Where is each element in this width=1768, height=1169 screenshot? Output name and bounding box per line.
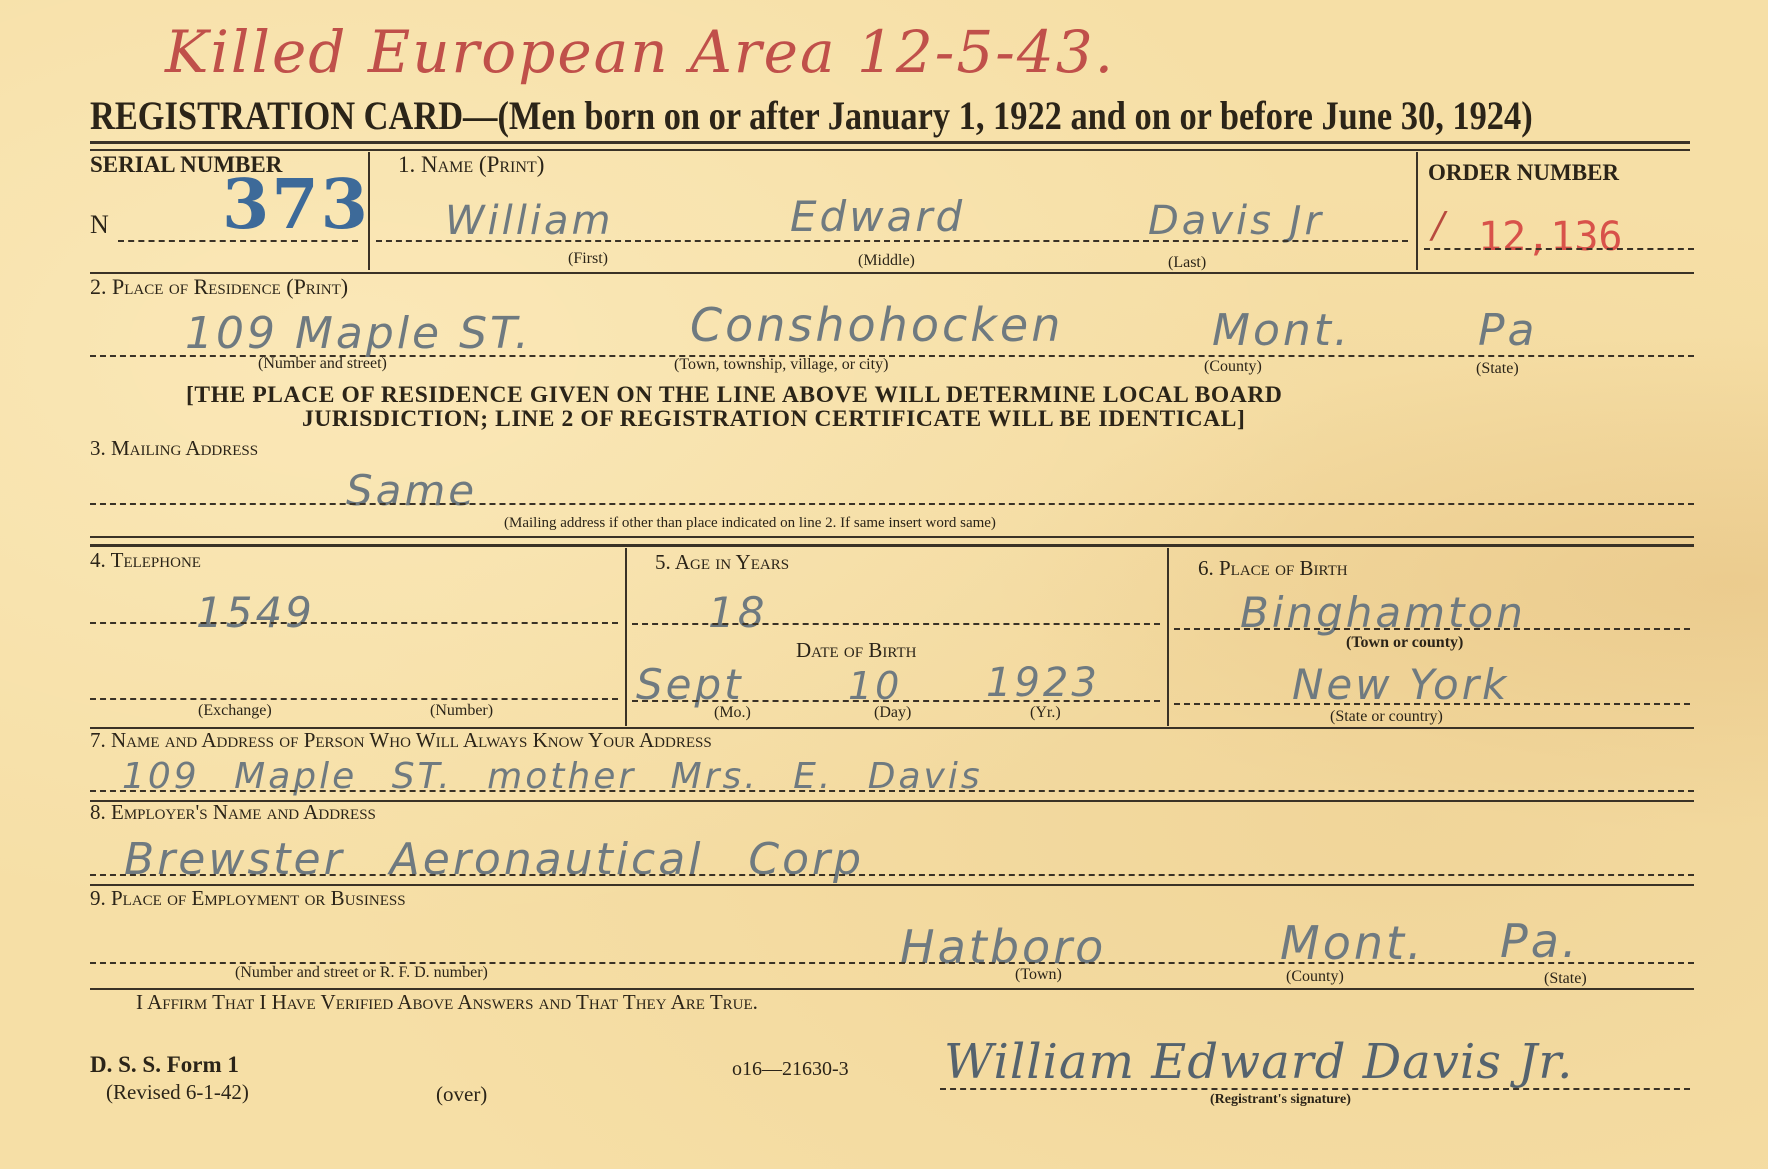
killed-annotation: Killed European Area 12-5-43. bbox=[165, 18, 1115, 86]
order-check-mark: / bbox=[1432, 200, 1444, 251]
name-label: 1. Name (Print) bbox=[398, 152, 544, 178]
telephone-exchange-caption: (Exchange) bbox=[198, 702, 272, 720]
card-header: REGISTRATION CARD—(Men born on or after … bbox=[90, 92, 1533, 139]
header-rule-1 bbox=[90, 141, 1690, 144]
employment-town-caption: (Town) bbox=[1015, 966, 1062, 984]
birthplace-state-line bbox=[1174, 703, 1690, 705]
residence-county-caption: (County) bbox=[1204, 358, 1262, 376]
dob-line bbox=[632, 700, 1160, 702]
name-last-value[interactable]: Davis Jr bbox=[1148, 198, 1324, 244]
mailing-caption: (Mailing address if other than place ind… bbox=[504, 515, 996, 532]
serial-prefix: N bbox=[90, 210, 109, 240]
employment-town-value[interactable]: Hatboro bbox=[900, 920, 1106, 974]
age-value[interactable]: 18 bbox=[708, 588, 767, 637]
dob-label-text: Date of Birth bbox=[796, 638, 916, 662]
residence-street-caption: (Number and street) bbox=[258, 355, 387, 373]
residence-county-value[interactable]: Mont. bbox=[1212, 305, 1351, 356]
mailing-line bbox=[90, 503, 1694, 505]
birthplace-state-value[interactable]: New York bbox=[1292, 660, 1509, 709]
affirm-text: I Affirm That I Have Verified Above Answ… bbox=[136, 990, 758, 1014]
telephone-label: 4. Telephone bbox=[90, 548, 201, 573]
name-line bbox=[376, 240, 1408, 242]
signature-line bbox=[940, 1088, 1690, 1090]
telephone-line-2 bbox=[90, 698, 618, 700]
order-number-label: ORDER NUMBER bbox=[1428, 160, 1619, 186]
residence-label: 2. Place of Residence (Print) bbox=[90, 274, 348, 300]
age-line bbox=[632, 623, 1160, 625]
mailing-label-text: 3. Mailing Address bbox=[90, 436, 258, 460]
employer-label: 8. Employer's Name and Address bbox=[90, 800, 376, 825]
dob-day-caption: (Day) bbox=[874, 704, 911, 722]
name-first-value[interactable]: William bbox=[445, 198, 613, 244]
order-number-value: 12,136 bbox=[1478, 214, 1623, 260]
residence-notice-line2: JURISDICTION; LINE 2 OF REGISTRATION CER… bbox=[302, 406, 1245, 433]
employment-state-caption: (State) bbox=[1544, 970, 1587, 988]
residence-town-value[interactable]: Conshohocken bbox=[690, 298, 1063, 352]
header-rule-2 bbox=[90, 149, 1690, 151]
employer-value[interactable]: Brewster Aeronautical Corp bbox=[124, 834, 864, 885]
row3-bottom-rule-2 bbox=[90, 544, 1694, 547]
contact-label-text: 7. Name and Address of Person Who Will A… bbox=[90, 728, 712, 752]
contact-line bbox=[90, 790, 1694, 792]
serial-divider bbox=[368, 152, 370, 270]
residence-state-value[interactable]: Pa bbox=[1478, 305, 1538, 356]
dob-month-caption: (Mo.) bbox=[714, 704, 751, 722]
residence-street-value[interactable]: 109 Maple ST. bbox=[185, 308, 532, 359]
residence-state-caption: (State) bbox=[1476, 360, 1519, 378]
print-code: o16—21630-3 bbox=[732, 1058, 849, 1081]
signature-caption: (Registrant's signature) bbox=[1210, 1092, 1351, 1108]
dob-label: Date of Birth bbox=[796, 638, 916, 663]
name-last-caption: (Last) bbox=[1168, 254, 1206, 272]
serial-line bbox=[118, 240, 358, 242]
serial-number-value: 373 bbox=[222, 165, 370, 245]
dob-year-caption: (Yr.) bbox=[1030, 704, 1061, 722]
residence-notice-line1: [THE PLACE OF RESIDENCE GIVEN ON THE LIN… bbox=[186, 382, 1282, 409]
employer-label-text: 8. Employer's Name and Address bbox=[90, 800, 376, 824]
name-label-text: 1. Name (Print) bbox=[398, 152, 544, 177]
row3-bottom-rule-1 bbox=[90, 536, 1694, 538]
employer-line bbox=[90, 874, 1694, 876]
telephone-label-text: 4. Telephone bbox=[90, 548, 201, 572]
birthplace-town-caption: (Town or county) bbox=[1346, 634, 1463, 652]
contact-label: 7. Name and Address of Person Who Will A… bbox=[90, 728, 712, 753]
telephone-value[interactable]: 1549 bbox=[196, 588, 315, 637]
age-label-text: 5. Age in Years bbox=[655, 550, 789, 574]
telephone-divider bbox=[625, 548, 627, 726]
birthplace-state-caption: (State or country) bbox=[1330, 708, 1443, 726]
mailing-value[interactable]: Same bbox=[346, 466, 477, 515]
residence-town-caption: (Town, township, village, or city) bbox=[674, 356, 888, 374]
name-first-caption: (First) bbox=[568, 250, 608, 268]
affirm-statement: I Affirm That I Have Verified Above Answ… bbox=[136, 990, 758, 1015]
telephone-number-caption: (Number) bbox=[430, 702, 493, 720]
age-label: 5. Age in Years bbox=[655, 550, 789, 575]
residence-label-text: 2. Place of Residence (Print) bbox=[90, 274, 348, 299]
card-title: REGISTRATION CARD bbox=[90, 93, 463, 138]
employment-street-caption: (Number and street or R. F. D. number) bbox=[235, 964, 488, 982]
birthplace-town-line bbox=[1174, 628, 1690, 630]
over-note: (over) bbox=[436, 1082, 487, 1107]
telephone-line-1 bbox=[90, 622, 618, 624]
employment-county-caption: (County) bbox=[1286, 968, 1344, 986]
registrant-signature[interactable]: William Edward Davis Jr. bbox=[944, 1034, 1573, 1090]
name-middle-value[interactable]: Edward bbox=[790, 192, 965, 241]
card-subtitle: —(Men born on or after January 1, 1922 a… bbox=[463, 93, 1533, 138]
employment-state-value[interactable]: Pa. bbox=[1500, 914, 1580, 968]
order-line bbox=[1424, 248, 1694, 250]
form-revised: (Revised 6-1-42) bbox=[106, 1080, 249, 1105]
name-middle-caption: (Middle) bbox=[858, 252, 915, 270]
birthplace-label-text: 6. Place of Birth bbox=[1198, 556, 1348, 580]
age-divider bbox=[1167, 548, 1169, 726]
birthplace-label: 6. Place of Birth bbox=[1198, 556, 1348, 581]
employment-label: 9. Place of Employment or Business bbox=[90, 886, 406, 911]
employment-label-text: 9. Place of Employment or Business bbox=[90, 886, 406, 910]
form-id: D. S. S. Form 1 bbox=[90, 1052, 239, 1078]
mailing-label: 3. Mailing Address bbox=[90, 436, 258, 461]
order-divider bbox=[1416, 152, 1418, 270]
